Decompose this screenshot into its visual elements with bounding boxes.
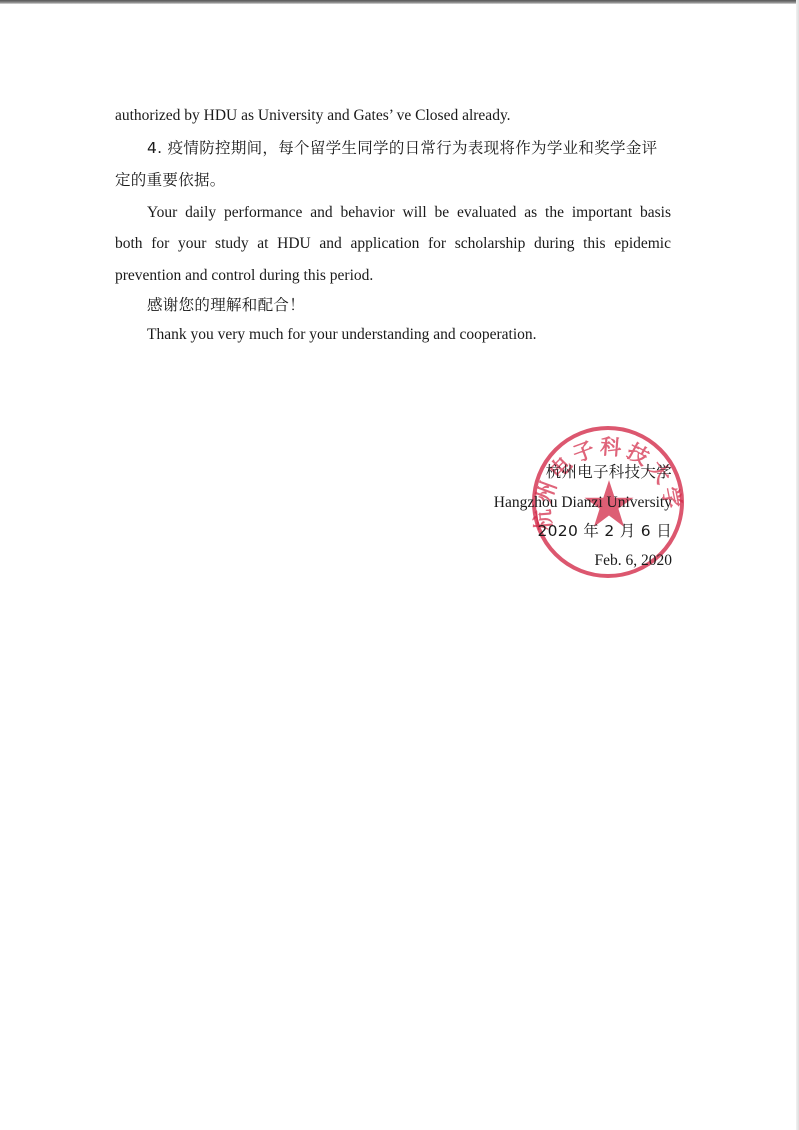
paragraph-zh-thanks: 感谢您的理解和配合！	[147, 295, 305, 315]
scan-edge-top	[0, 0, 799, 4]
paragraph-en-item4-line3: prevention and control during this perio…	[115, 266, 373, 286]
paragraph-en-item4-line1: Your daily performance and behavior will…	[147, 203, 671, 223]
signature-org-en: Hangzhou Dianzi University	[494, 493, 672, 513]
paragraph-authorized-line: authorized by HDU as University and Gate…	[115, 106, 511, 126]
paragraph-zh-item4-line1: 4. 疫情防控期间，每个留学生同学的日常行为表现将作为学业和奖学金评	[147, 138, 657, 158]
paragraph-en-thanks: Thank you very much for your understandi…	[147, 325, 537, 345]
paragraph-zh-item4-line2: 定的重要依据。	[115, 170, 226, 190]
signature-date-zh: 2020 年 2 月 6 日	[537, 521, 672, 541]
signature-date-en: Feb. 6, 2020	[595, 551, 673, 571]
paragraph-en-item4-line2: both for your study at HDU and applicati…	[115, 234, 671, 254]
signature-org-zh: 杭州电子科技大学	[546, 462, 672, 482]
